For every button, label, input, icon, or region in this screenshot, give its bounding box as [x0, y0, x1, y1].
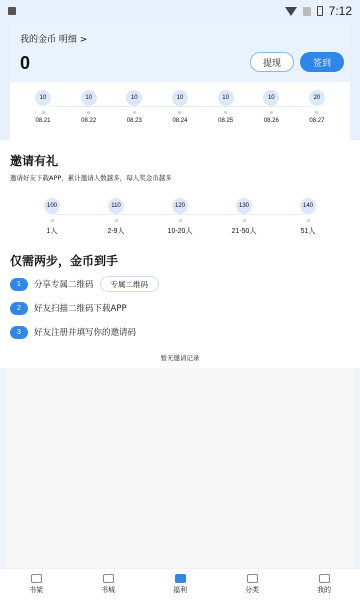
step-number: 3 [10, 326, 28, 339]
invite-tier: 12010-20人 [160, 198, 200, 236]
qr-code-button[interactable]: 专属二维码 [100, 276, 160, 292]
book-icon [103, 574, 114, 583]
invite-tier: 1102-9人 [96, 198, 136, 236]
checkin-button[interactable]: 签到 [300, 52, 344, 72]
invite-title: 邀请有礼 [10, 152, 350, 169]
gift-icon [175, 574, 186, 583]
invite-records-area [0, 368, 360, 568]
status-bar: 7:12 [0, 0, 360, 22]
checkin-day: 1008.24 [165, 82, 195, 124]
checkin-day: 1008.26 [256, 82, 286, 124]
tab-bookstore[interactable]: 书城 [83, 574, 133, 595]
invite-section: 邀请有礼 邀请好友下载APP，累计邀请人数越多，每人奖金币越多 1001人 11… [0, 140, 360, 236]
checkin-day: 1008.22 [74, 82, 104, 124]
coin-card: 我的金币 明细 > 0 提现 签到 [10, 22, 350, 82]
signal-icon [303, 7, 311, 16]
bottom-tabbar: 书架 书城 福利 分类 我的 [0, 568, 360, 600]
invite-description: 邀请好友下载APP，累计邀请人数越多，每人奖金币越多 [10, 173, 350, 182]
tab-category[interactable]: 分类 [227, 574, 277, 595]
grid-icon [247, 574, 258, 583]
step-item: 2 好友扫描二维码下载APP [10, 299, 350, 317]
invite-tier: 14051人 [288, 198, 328, 236]
step-number: 1 [10, 278, 28, 291]
bookshelf-icon [31, 574, 42, 583]
step-number: 2 [10, 302, 28, 315]
battery-icon [317, 6, 323, 16]
steps-section: 仅需两步，金币到手 1 分享专属二维码 专属二维码 2 好友扫描二维码下载APP… [0, 236, 360, 362]
invite-tiers: 1001人 1102-9人 12010-20人 13021-50人 14051人 [10, 198, 350, 236]
steps-title: 仅需两步，金币到手 [10, 252, 350, 269]
step-item: 3 好友注册并填写你的邀请码 [10, 323, 350, 341]
coin-detail-link[interactable]: 我的金币 明细 > [20, 32, 340, 45]
invite-tier: 1001人 [32, 198, 72, 236]
checkin-day: 1008.23 [119, 82, 149, 124]
checkin-timeline: 1008.21 1008.22 1008.23 1008.24 1008.25 … [10, 82, 350, 140]
tab-profile[interactable]: 我的 [299, 574, 349, 595]
tab-welfare[interactable]: 福利 [155, 574, 205, 595]
wifi-icon [285, 7, 297, 16]
checkin-day: 1008.25 [211, 82, 241, 124]
notification-icon [8, 7, 16, 15]
checkin-day: 2008.27 [302, 82, 332, 124]
invite-tier: 13021-50人 [224, 198, 264, 236]
checkin-day: 1008.21 [28, 82, 58, 124]
user-icon [319, 574, 330, 583]
withdraw-button[interactable]: 提现 [250, 52, 294, 72]
coins-section: 我的金币 明细 > 0 提现 签到 1008.21 1008.22 1008.2… [0, 22, 360, 140]
no-invite-record: 暂无邀请记录 [10, 353, 350, 362]
step-item: 1 分享专属二维码 专属二维码 [10, 275, 350, 293]
tab-bookshelf[interactable]: 书架 [11, 574, 61, 595]
clock: 7:12 [329, 4, 352, 18]
